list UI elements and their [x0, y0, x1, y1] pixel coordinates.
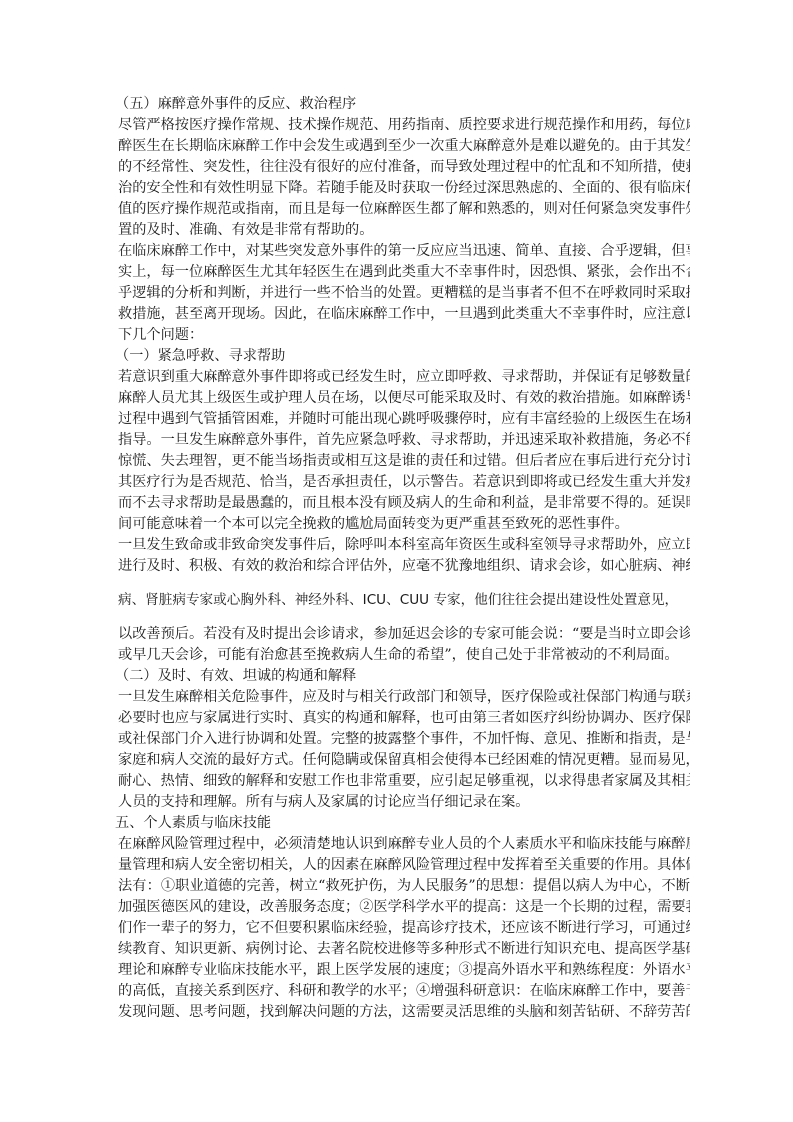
paragraph-line: 而不去寻求帮助是最愚蠢的，而且根本没有顾及病人的生命和利益，是非常要不得的。延误… — [118, 493, 690, 514]
paragraph-line: 病、肾脏病专家或心胸外科、神经外科、ICU、CUU 专家，他们往往会提出建设性处… — [118, 590, 690, 611]
paragraph-line: 的不经常性、突发性，往往没有很好的应付准备，而导致处理过程中的忙乱和不知所措，使… — [118, 157, 690, 178]
paragraph-line: 法有：①职业道德的完善，树立“救死护伤，为人民服务”的思想：提倡以病人为中心，不… — [118, 876, 690, 897]
paragraph-line: 若意识到重大麻醉意外事件即将或已经发生时，应立即呼救、寻求帮助，并保证有足够数量… — [118, 367, 690, 388]
paragraph-line: 的高低，直接关系到医疗、科研和教学的水平；④增强科研意识：在临床麻醉工作中，要善… — [118, 981, 690, 1002]
paragraph-line: 间可能意味着一个本可以完全挽救的尴尬局面转变为更严重甚至致死的恶性事件。 — [118, 514, 690, 535]
paragraph-line: 人员的支持和理解。所有与病人及家属的讨论应当仔细记录在案。 — [118, 792, 690, 813]
paragraph-line: 量管理和病人安全密切相关，人的因素在麻醉风险管理过程中发挥着至关重要的作用。具体… — [118, 855, 690, 876]
paragraph-line: 惊慌、失去理智，更不能当场指责或相互这是谁的责任和过错。但后者应在事后进行充分讨… — [118, 451, 690, 472]
paragraph-line: 一旦发生致命或非致命突发事件后，除呼叫本科室高年资医生或科室领导寻求帮助外，应立… — [118, 535, 690, 556]
document-page: （五）麻醉意外事件的反应、救治程序尽管严格按医疗操作常规、技术操作规范、用药指南… — [118, 94, 690, 1023]
paragraph-line: 值的医疗操作规范或指南，而且是每一位麻醉医生都了解和熟悉的，则对任何紧急突发事件… — [118, 199, 690, 220]
paragraph-line: 麻醉人员尤其上级医生或护理人员在场，以便尽可能采取及时、有效的救治措施。如麻醉诱… — [118, 388, 690, 409]
paragraph-line: 耐心、热情、细致的解释和安慰工作也非常重要，应引起足够重视，以求得患者家属及其相… — [118, 771, 690, 792]
paragraph-line: 一旦发生麻醉相关危险事件，应及时与相关行政部门和领导，医疗保险或社保部门构通与联… — [118, 687, 690, 708]
paragraph-line: 乎逻辑的分析和判断，并进行一些不恰当的处置。更糟糕的是当事者不但不在呼救同时采取… — [118, 283, 690, 304]
paragraph-line: 以改善预后。若没有及时提出会诊请求，参加延迟会诊的专家可能会说：“要是当时立即会… — [118, 624, 690, 645]
paragraph-line: 过程中遇到气管插管困难，并随时可能出现心跳呼吸骤停时，应有丰富经验的上级医生在场… — [118, 409, 690, 430]
paragraph-line: 家庭和病人交流的最好方式。任何隐瞒或保留真相会使得本已经困难的情况更糟。显而易见… — [118, 750, 690, 771]
paragraph-line: 发现问题、思考问题，找到解决问题的方法，这需要灵活思维的头脑和刻苦钻研、不辞劳苦… — [118, 1002, 690, 1023]
section-heading: （五）麻醉意外事件的反应、救治程序 — [115, 94, 690, 115]
paragraph-line: 加强医德医风的建设，改善服务态度；②医学科学水平的提高：这是一个长期的过程，需要… — [118, 897, 690, 918]
section-heading: （二）及时、有效、坦诚的构通和解释 — [115, 666, 690, 687]
paragraph-line: 必要时也应与家属进行实时、真实的构通和解释，也可由第三者如医疗纠纷协调办、医疗保… — [118, 708, 690, 729]
paragraph-line: 下几个问题： — [118, 325, 690, 346]
paragraph-line: 或早几天会诊，可能有治愈甚至挽救病人生命的希望”，使自己处于非常被动的不利局面。 — [118, 645, 690, 666]
paragraph-line: 在麻醉风险管理过程中，必须清楚地认识到麻醉专业人员的个人素质水平和临床技能与麻醉… — [118, 834, 690, 855]
paragraph-line: 理论和麻醉专业临床技能水平，跟上医学发展的速度；③提高外语水平和熟练程度：外语水… — [118, 960, 690, 981]
paragraph-line: 置的及时、准确、有效是非常有帮助的。 — [118, 220, 690, 241]
paragraph-line: 指导。一旦发生麻醉意外事件，首先应紧急呼救、寻求帮助，并迅速采取补救措施，务必不… — [118, 430, 690, 451]
paragraph-line: 救措施，甚至离开现场。因此，在临床麻醉工作中，一旦遇到此类重大不幸事件时，应注意… — [118, 304, 690, 325]
paragraph-line: 续教育、知识更新、病例讨论、去著名院校进修等多种形式不断进行知识充电、提高医学基… — [118, 939, 690, 960]
paragraph-line: 其医疗行为是否规范、恰当，是否承担责任，以示警告。若意识到即将或已经发生重大并发… — [118, 472, 690, 493]
paragraph-line: 在临床麻醉工作中，对某些突发意外事件的第一反应应当迅速、简单、直接、合乎逻辑，但… — [118, 241, 690, 262]
paragraph-line: 尽管严格按医疗操作常规、技术操作规范、用药指南、质控要求进行规范操作和用药，每位… — [118, 115, 690, 136]
paragraph-line: 醉医生在长期临床麻醉工作中会发生或遇到至少一次重大麻醉意外是难以避免的。由于其发… — [118, 136, 690, 157]
paragraph-line: 或社保部门介入进行协调和处置。完整的披露整个事件，不加忏悔、意见、推断和指责，是… — [118, 729, 690, 750]
paragraph-line: 们作一辈子的努力，它不但要积累临床经验，提高诊疗技术，还应该不断进行学习，可通过… — [118, 918, 690, 939]
section-heading: （一）紧急呼救、寻求帮助 — [115, 346, 690, 367]
paragraph-line: 进行及时、积极、有效的救治和综合评估外，应毫不犹豫地组织、请求会诊，如心脏病、神… — [118, 556, 690, 577]
paragraph-line: 实上，每一位麻醉医生尤其年轻医生在遇到此类重大不幸事件时，因恐惧、紧张，会作出不… — [118, 262, 690, 283]
section-heading: 五、个人素质与临床技能 — [115, 813, 690, 834]
paragraph-line: 治的安全性和有效性明显下降。若随手能及时获取一份经过深思熟虑的、全面的、很有临床… — [118, 178, 690, 199]
